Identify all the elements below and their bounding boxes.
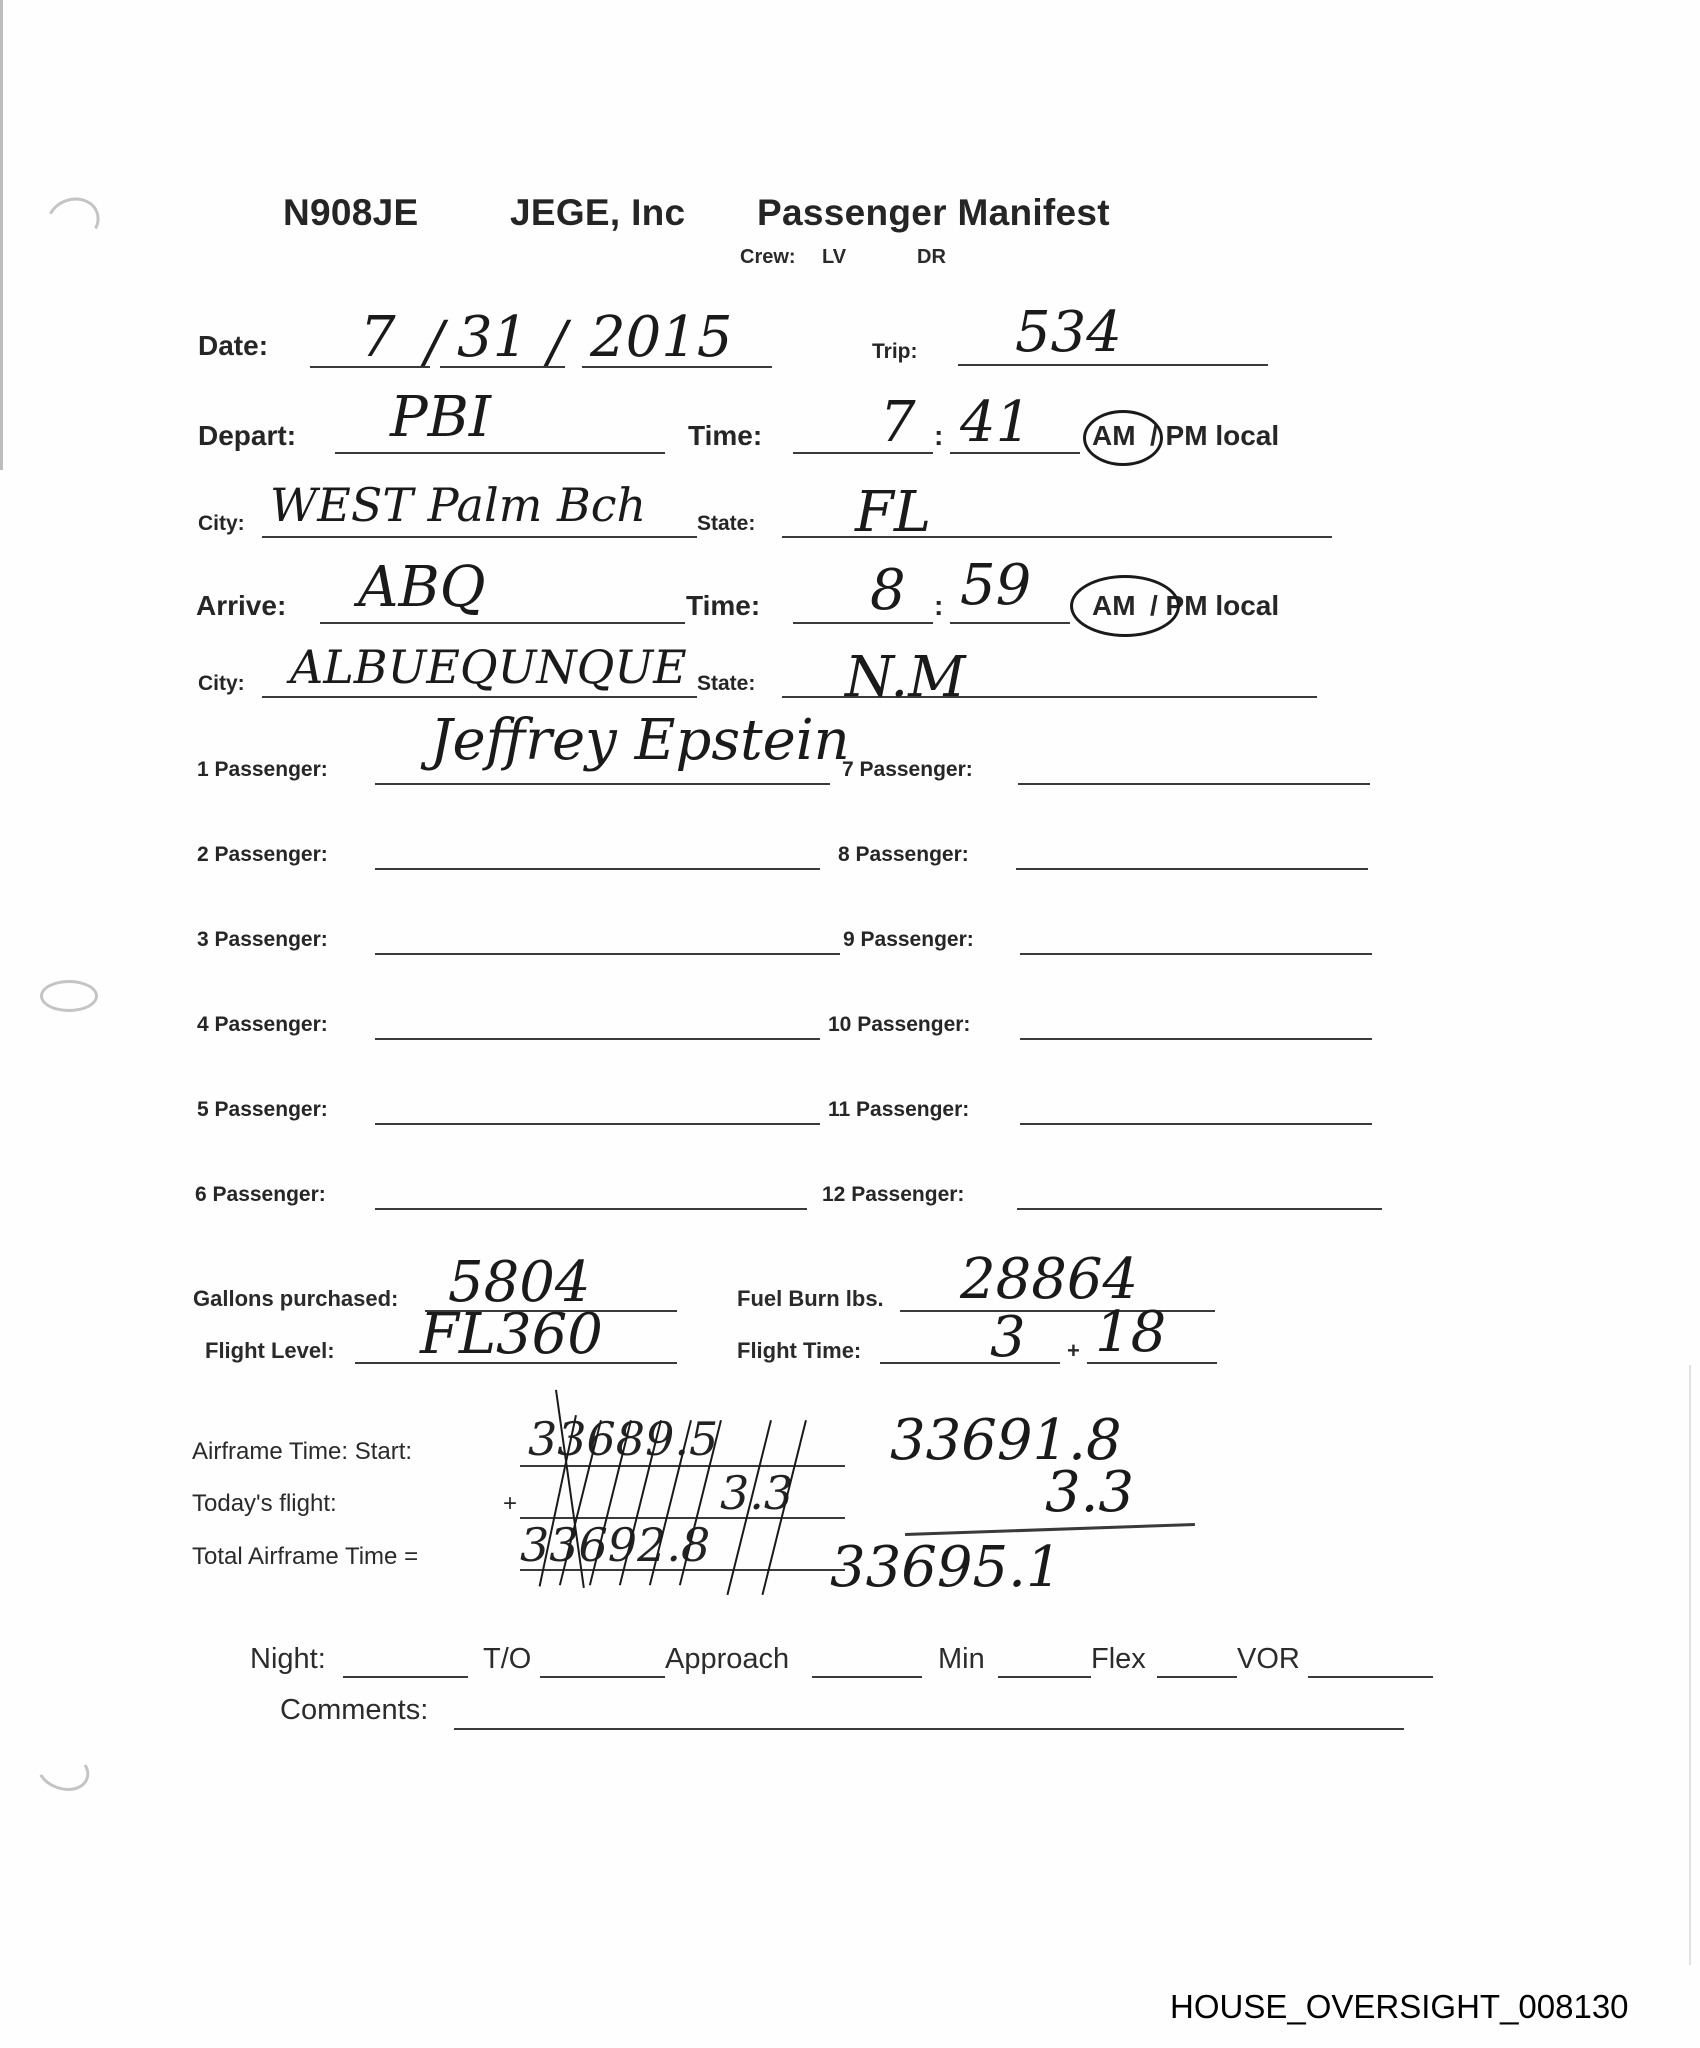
depart-minute-field[interactable]: 41 <box>960 390 1031 455</box>
depart-pm-option[interactable]: / PM local <box>1150 420 1279 452</box>
vor-field[interactable] <box>1308 1676 1433 1678</box>
passenger-7-label: 7 Passenger: <box>842 758 973 782</box>
depart-time-label: Time: <box>688 420 762 452</box>
date-year-field[interactable]: 2015 <box>590 305 733 370</box>
corrected-todays-value[interactable]: 3.3 <box>1045 1460 1134 1525</box>
date-separator-2: / <box>548 310 567 375</box>
scan-edge-left <box>0 0 3 470</box>
depart-hour-field[interactable]: 7 <box>880 390 916 455</box>
todays-flight-plus: + <box>503 1490 517 1518</box>
arrive-airport-field[interactable]: ABQ <box>358 555 486 620</box>
flight-level-field[interactable]: FL360 <box>420 1302 603 1367</box>
arrive-city-field[interactable]: ALBUEQUNQUE <box>290 640 687 694</box>
fuel-burn-label: Fuel Burn lbs. <box>737 1286 884 1312</box>
punch-hole-bottom <box>31 1742 95 1798</box>
passenger-10-field[interactable] <box>1020 1038 1372 1040</box>
passenger-2-label: 2 Passenger: <box>197 843 328 867</box>
vor-label: VOR <box>1237 1643 1300 1676</box>
passenger-6-label: 6 Passenger: <box>195 1183 326 1207</box>
date-label: Date: <box>198 330 268 362</box>
date-separator-1: / <box>425 310 444 375</box>
min-label: Min <box>938 1643 985 1676</box>
comments-label: Comments: <box>280 1694 428 1727</box>
flex-field[interactable] <box>1157 1676 1237 1678</box>
passenger-12-field[interactable] <box>1017 1208 1382 1210</box>
manifest-page: N908JE JEGE, Inc Passenger Manifest Crew… <box>0 0 1700 2048</box>
company-name: JEGE, Inc <box>510 192 685 234</box>
depart-am-circled-mark <box>1083 410 1163 466</box>
depart-city-label: City: <box>198 512 245 536</box>
passenger-3-label: 3 Passenger: <box>197 928 328 952</box>
depart-state-label: State: <box>697 512 755 536</box>
depart-state-field[interactable]: FL <box>855 480 931 545</box>
punch-hole-top <box>40 190 106 252</box>
to-label: T/O <box>483 1643 531 1676</box>
passenger-8-field[interactable] <box>1016 868 1368 870</box>
depart-airport-field[interactable]: PBI <box>390 385 491 450</box>
arrive-state-label: State: <box>697 672 755 696</box>
date-month-field[interactable]: 7 <box>360 305 396 370</box>
arrive-time-label: Time: <box>686 590 760 622</box>
arrive-am-circled-mark <box>1070 575 1180 637</box>
depart-city-field[interactable]: WEST Palm Bch <box>270 478 646 532</box>
trip-number-field[interactable]: 534 <box>1015 300 1122 365</box>
passenger-5-label: 5 Passenger: <box>197 1098 328 1122</box>
flight-time-minutes-field[interactable]: 18 <box>1095 1300 1166 1365</box>
form-title: Passenger Manifest <box>757 192 1110 234</box>
min-field[interactable] <box>998 1676 1091 1678</box>
passenger-5-field[interactable] <box>375 1123 820 1125</box>
passenger-9-label: 9 Passenger: <box>843 928 974 952</box>
night-field[interactable] <box>343 1676 468 1678</box>
trip-label: Trip: <box>872 340 918 364</box>
airframe-start-label: Airframe Time: Start: <box>192 1438 412 1466</box>
scan-edge-right <box>1689 1365 1691 1965</box>
passenger-3-field[interactable] <box>375 953 840 955</box>
approach-field[interactable] <box>812 1676 922 1678</box>
date-day-field[interactable]: 31 <box>457 305 528 370</box>
passenger-1-field[interactable]: Jeffrey Epstein <box>430 708 850 773</box>
passenger-10-label: 10 Passenger: <box>828 1013 970 1037</box>
arrive-label: Arrive: <box>196 590 286 622</box>
arrive-time-colon: : <box>934 590 943 622</box>
gallons-label: Gallons purchased: <box>193 1286 398 1312</box>
flight-time-hours-field[interactable]: 3 <box>990 1305 1026 1370</box>
crew-label: Crew: <box>740 246 796 269</box>
flex-label: Flex <box>1091 1643 1146 1676</box>
depart-time-colon: : <box>934 420 943 452</box>
flight-time-plus: + <box>1067 1338 1080 1364</box>
night-label: Night: <box>250 1643 326 1676</box>
tail-number: N908JE <box>283 192 419 234</box>
approach-label: Approach <box>665 1643 789 1676</box>
passenger-7-field[interactable] <box>1018 783 1370 785</box>
crew-member-1: LV <box>822 246 846 269</box>
arrive-state-field[interactable]: N.M <box>845 645 966 710</box>
flight-time-label: Flight Time: <box>737 1338 861 1364</box>
arrive-hour-field[interactable]: 8 <box>870 558 906 623</box>
passenger-2-field[interactable] <box>375 868 820 870</box>
to-field[interactable] <box>540 1676 665 1678</box>
total-airframe-label: Total Airframe Time = <box>192 1543 418 1571</box>
arrive-city-label: City: <box>198 672 245 696</box>
comments-field[interactable] <box>454 1728 1404 1730</box>
passenger-8-label: 8 Passenger: <box>838 843 969 867</box>
passenger-11-label: 11 Passenger: <box>828 1098 969 1122</box>
passenger-11-field[interactable] <box>1020 1123 1372 1125</box>
passenger-1-label: 1 Passenger: <box>197 758 328 782</box>
flight-level-label: Flight Level: <box>205 1338 335 1364</box>
passenger-6-field[interactable] <box>375 1208 807 1210</box>
passenger-4-label: 4 Passenger: <box>197 1013 328 1037</box>
depart-label: Depart: <box>198 420 296 452</box>
bates-number: HOUSE_OVERSIGHT_008130 <box>1170 1988 1629 2026</box>
passenger-12-label: 12 Passenger: <box>822 1183 964 1207</box>
crew-member-2: DR <box>917 246 946 269</box>
passenger-9-field[interactable] <box>1020 953 1372 955</box>
todays-flight-label: Today's flight: <box>192 1490 337 1518</box>
punch-hole-middle <box>40 980 98 1012</box>
corrected-total-value[interactable]: 33695.1 <box>830 1535 1062 1600</box>
arrive-minute-field[interactable]: 59 <box>960 553 1031 618</box>
passenger-4-field[interactable] <box>375 1038 820 1040</box>
